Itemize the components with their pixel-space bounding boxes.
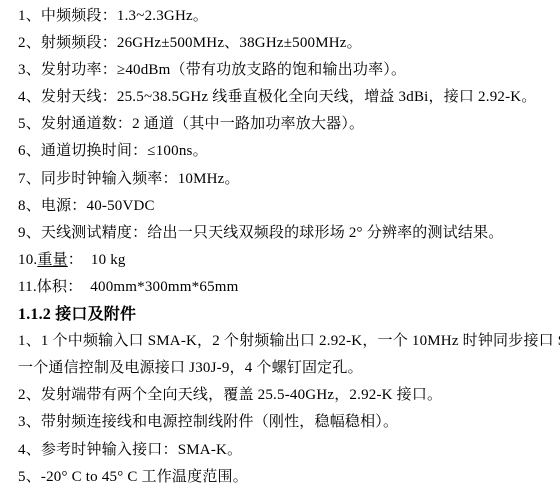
interface-item-1-line-2: 一个通信控制及电源接口 J30J-9，4 个螺钉固定孔。 bbox=[18, 355, 560, 382]
spec-item-3: 3、发射功率：≥40dBm（带有功放支路的饱和输出功率）。 bbox=[18, 57, 560, 84]
interface-item-1-line-1: 1、1 个中频输入口 SMA-K，2 个射频输出口 2.92-K，一个 10MH… bbox=[18, 328, 560, 355]
interface-item-4: 4、参考时钟输入接口：SMA-K。 bbox=[18, 437, 560, 464]
spec-item-10-value: ： 10 kg bbox=[68, 252, 126, 268]
spec-item-4: 4、发射天线：25.5~38.5GHz 线垂直极化全向天线，增益 3dBi，接口… bbox=[18, 84, 560, 111]
spec-item-10: 10.重量： 10 kg bbox=[18, 247, 560, 274]
interface-item-2: 2、发射端带有两个全向天线，覆盖 25.5-40GHz，2.92-K 接口。 bbox=[18, 382, 560, 409]
document-page: 1、中频频段：1.3~2.3GHz。 2、射频频段：26GHz±500MHz、3… bbox=[0, 0, 560, 488]
spec-item-5: 5、发射通道数：2 通道（其中一路加功率放大器）。 bbox=[18, 111, 560, 138]
spec-item-11: 11.体积： 400mm*300mm*65mm bbox=[18, 274, 560, 301]
spec-item-6: 6、通道切换时间：≤100ns。 bbox=[18, 138, 560, 165]
spec-item-9: 9、天线测试精度：给出一只天线双频段的球形场 2° 分辨率的测试结果。 bbox=[18, 220, 560, 247]
spec-item-2: 2、射频频段：26GHz±500MHz、38GHz±500MHz。 bbox=[18, 30, 560, 57]
spec-item-10-underlined-label: 重量 bbox=[37, 252, 67, 268]
spec-item-1: 1、中频频段：1.3~2.3GHz。 bbox=[18, 3, 560, 30]
interface-item-3: 3、带射频连接线和电源控制线附件（刚性，稳幅稳相）。 bbox=[18, 409, 560, 436]
spec-item-10-number: 10. bbox=[18, 252, 37, 268]
spec-item-8: 8、电源：40-50VDC bbox=[18, 193, 560, 220]
section-heading: 1.1.2 接口及附件 bbox=[18, 301, 560, 328]
spec-item-7: 7、同步时钟输入频率：10MHz。 bbox=[18, 166, 560, 193]
interface-item-5: 5、-20° C to 45° C 工作温度范围。 bbox=[18, 464, 560, 488]
